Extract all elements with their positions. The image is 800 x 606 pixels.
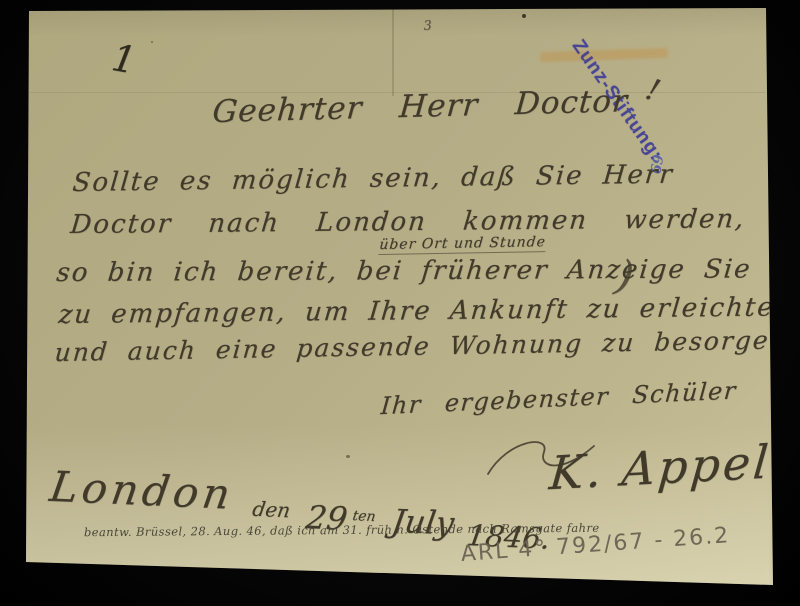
scan-background: 1 3 Zunz-Stiftung: 69 Geehrter Herr Doct… xyxy=(0,0,800,606)
body-line-2: Doctor nach London kommen werden, xyxy=(69,204,747,240)
vertical-fold-line xyxy=(392,8,394,96)
salutation-exclamation: ! xyxy=(641,72,664,109)
letter-page: 1 3 Zunz-Stiftung: 69 Geehrter Herr Doct… xyxy=(0,0,800,606)
faded-orange-stamp xyxy=(540,48,668,62)
ink-speck xyxy=(522,14,526,18)
body-line-3: so bin ich bereit, bei früherer Anzeige … xyxy=(55,254,753,288)
salutation: Geehrter Herr Doctor xyxy=(211,83,629,130)
body-line-5: und auch eine passende Wohnung zu besorg… xyxy=(53,325,799,367)
body-line-1: Sollte es möglich sein, daß Sie Herr xyxy=(71,160,675,198)
closing-line: Ihr ergebenster Schüler xyxy=(380,376,738,420)
sheet-number-mark: 3 xyxy=(423,18,432,34)
body-line-4: zu empfangen, um Ihre Ankunft zu erleich… xyxy=(57,292,800,330)
ink-speck xyxy=(346,455,350,458)
dateline-place: London xyxy=(47,462,238,519)
page-number-mark: 1 xyxy=(109,36,140,82)
ink-speck xyxy=(151,41,153,43)
signature: K. Appel xyxy=(547,434,773,500)
dateline-den: den xyxy=(251,497,292,523)
interline-insertion: über Ort und Stunde xyxy=(378,234,546,255)
